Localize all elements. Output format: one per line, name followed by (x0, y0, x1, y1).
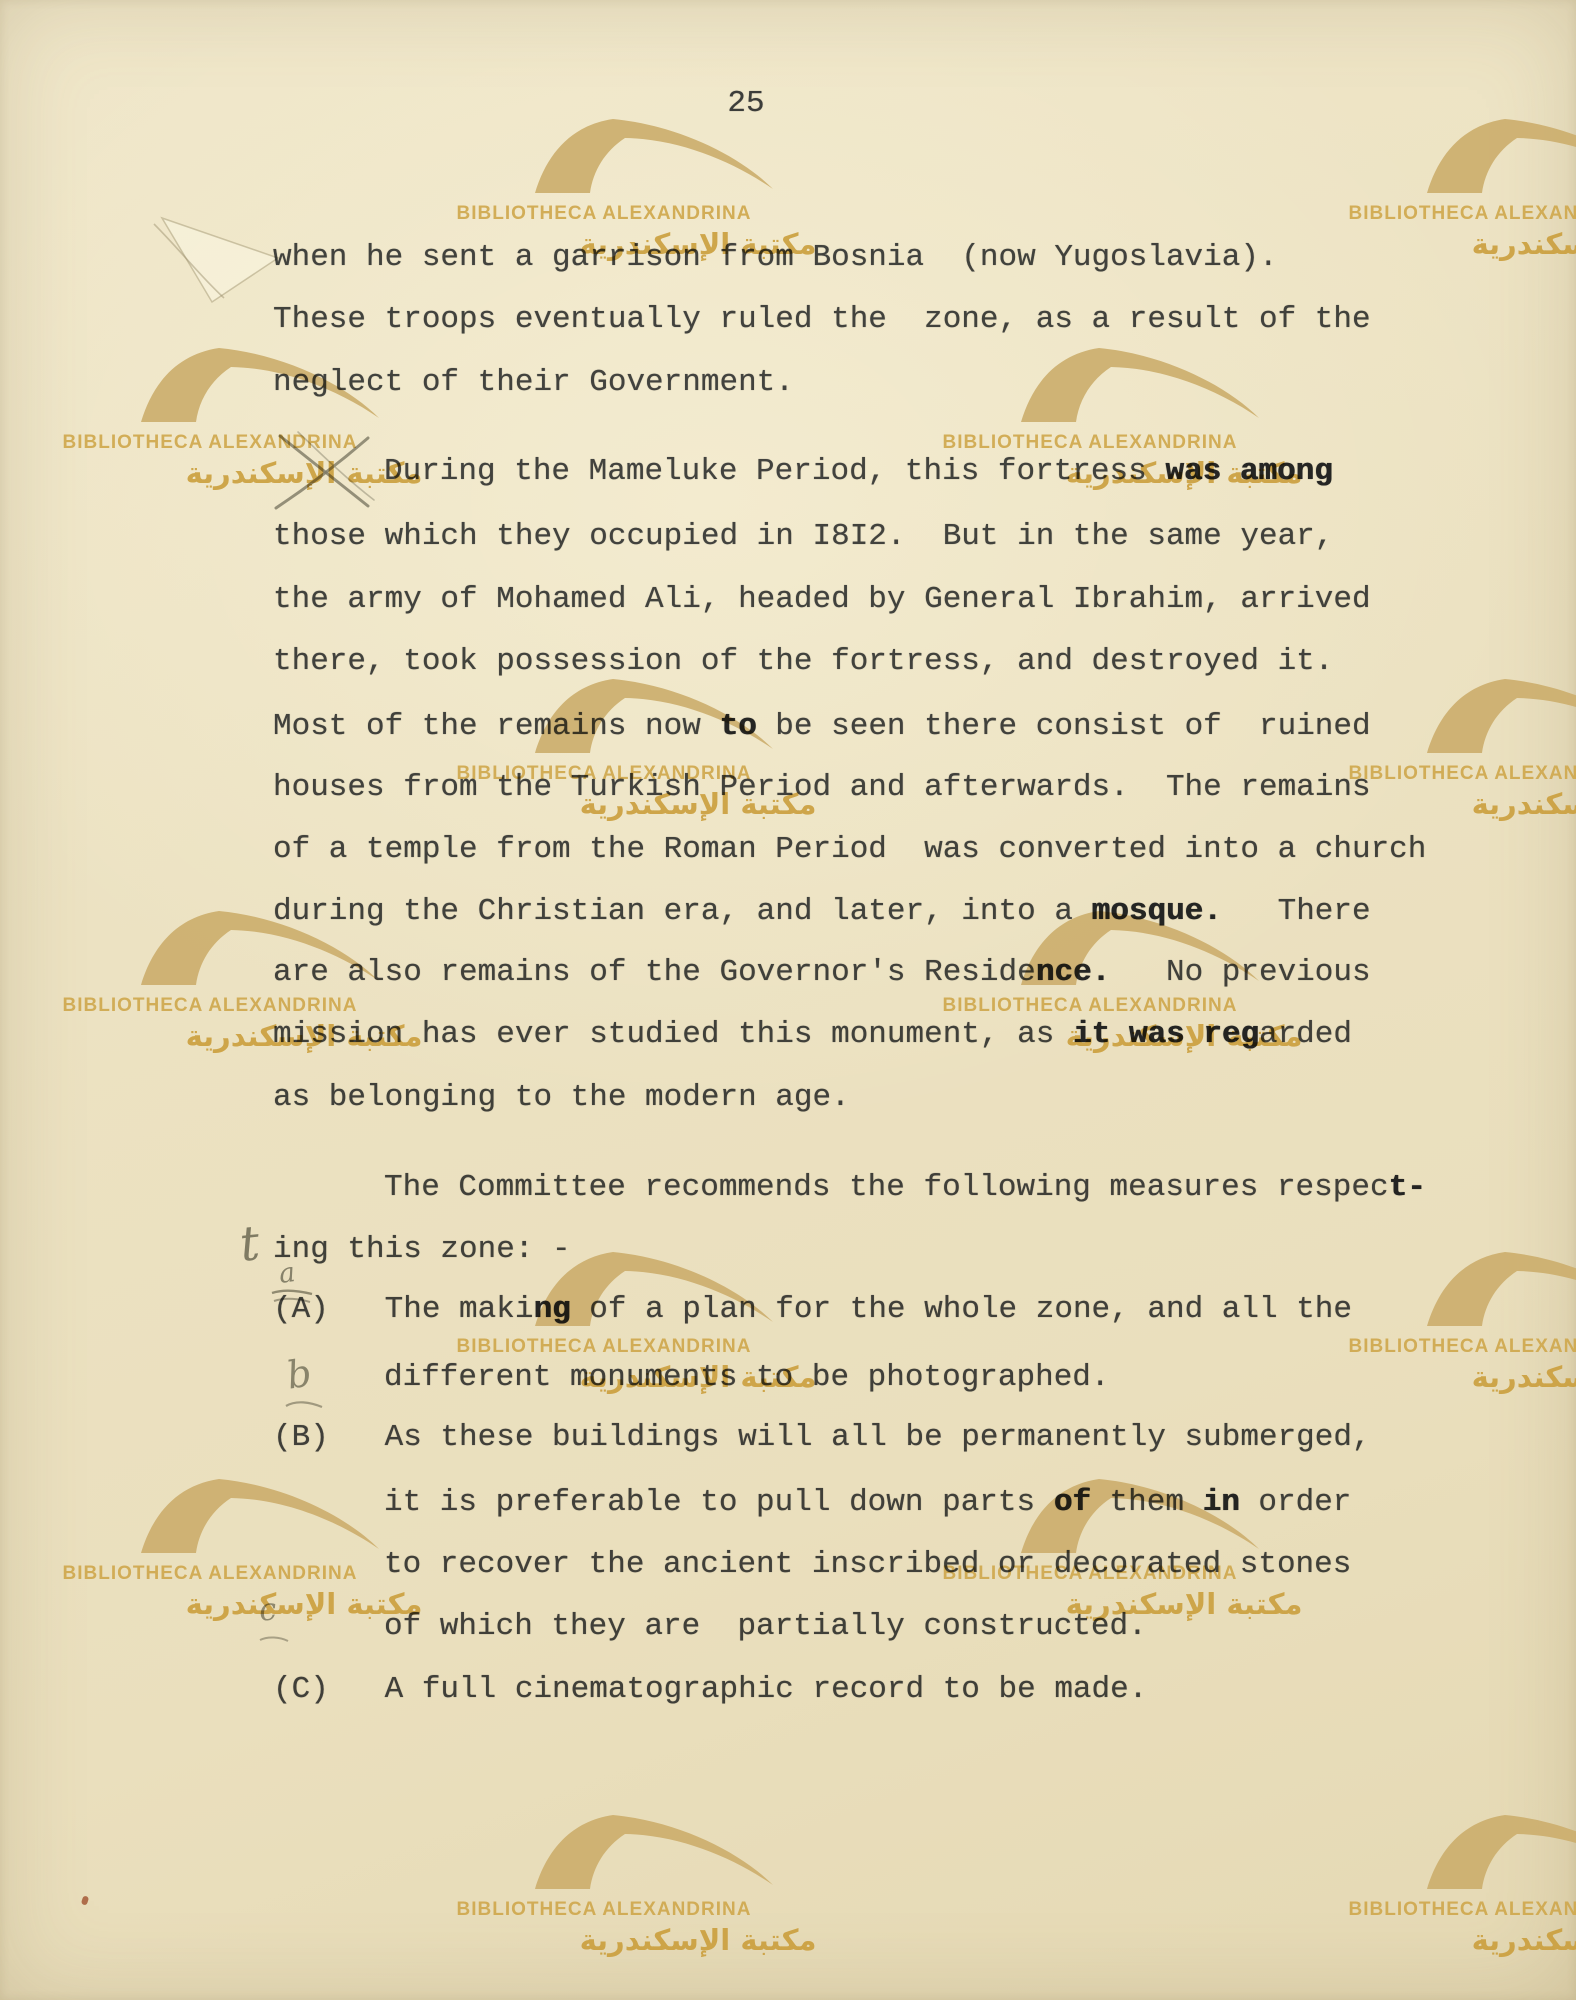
pencil-letter-a: a (277, 1257, 297, 1290)
pencil-scribble-under-c (258, 1634, 290, 1646)
pencil-letter-c: c (257, 1591, 278, 1629)
pencil-annotation-layer: t a b c (0, 0, 1576, 2000)
pencil-scribble-under-b (284, 1398, 324, 1412)
pencil-letter-t: t (237, 1215, 262, 1273)
pencil-letter-b: b (284, 1350, 315, 1397)
pencil-scribble-under-a (270, 1288, 314, 1306)
document-page: BIBLIOTHECA ALEXANDRINAمكتبة الإسكندريةB… (0, 0, 1576, 2000)
pencil-cross-mark-icon (268, 430, 380, 512)
